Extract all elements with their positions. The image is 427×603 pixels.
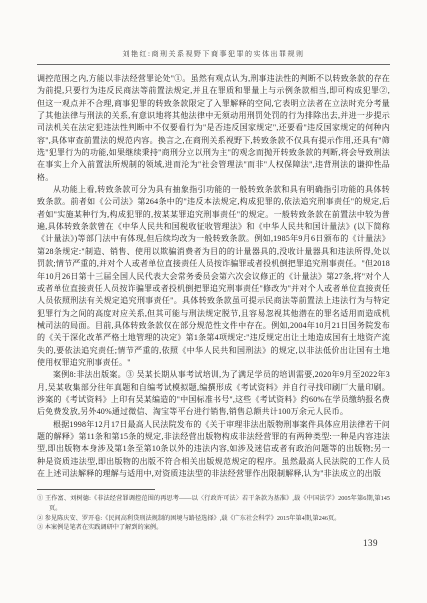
header-rule — [37, 64, 390, 65]
footnote: ① 王作富、刘树德:《非法经营罪调控范围的再思考——以〈行政许可法〉若干条款为基… — [37, 494, 390, 513]
paragraph: 根据1998年12月17日最高人民法院发布的《关于审理非法出版物刑事案件具体应用… — [37, 419, 390, 481]
article-body: 调控范围之内,方能以非法经营罪论处"①。虽然有观点认为,刑事违法性的判断不以转致… — [37, 73, 390, 480]
running-header: 刘艳红:商刑关系视野下商事犯罪的实体出罪规则 — [37, 49, 390, 64]
footnote: ② 参见陈庆安、罗开卷:《民间高利贷刑法规制的困境与路径选择》,载《广东社会科学… — [37, 514, 390, 524]
footnote-block: ① 王作富、刘树德:《非法经营罪调控范围的再思考——以〈行政许可法〉若干条款为基… — [37, 494, 390, 532]
paragraph: 案例8:非法出版案。③ 吴某长期从事考试培训,为了满足学员的培训需要,2020年… — [37, 369, 390, 418]
footnote: ③ 本案例是笔者在实践调研中了解到的案例。 — [37, 523, 390, 533]
page-number: 139 — [363, 538, 378, 548]
paragraph: 从功能上看,转致条款可分为具有抽象指引功能的一般转致条款和具有明确指引功能的具体… — [37, 184, 390, 369]
paragraph: 调控范围之内,方能以非法经营罪论处"①。虽然有观点认为,刑事违法性的判断不以转致… — [37, 73, 390, 184]
footnote-separator — [37, 489, 155, 490]
journal-page: 刘艳红:商刑关系视野下商事犯罪的实体出罪规则 调控范围之内,方能以非法经营罪论处… — [0, 0, 427, 603]
